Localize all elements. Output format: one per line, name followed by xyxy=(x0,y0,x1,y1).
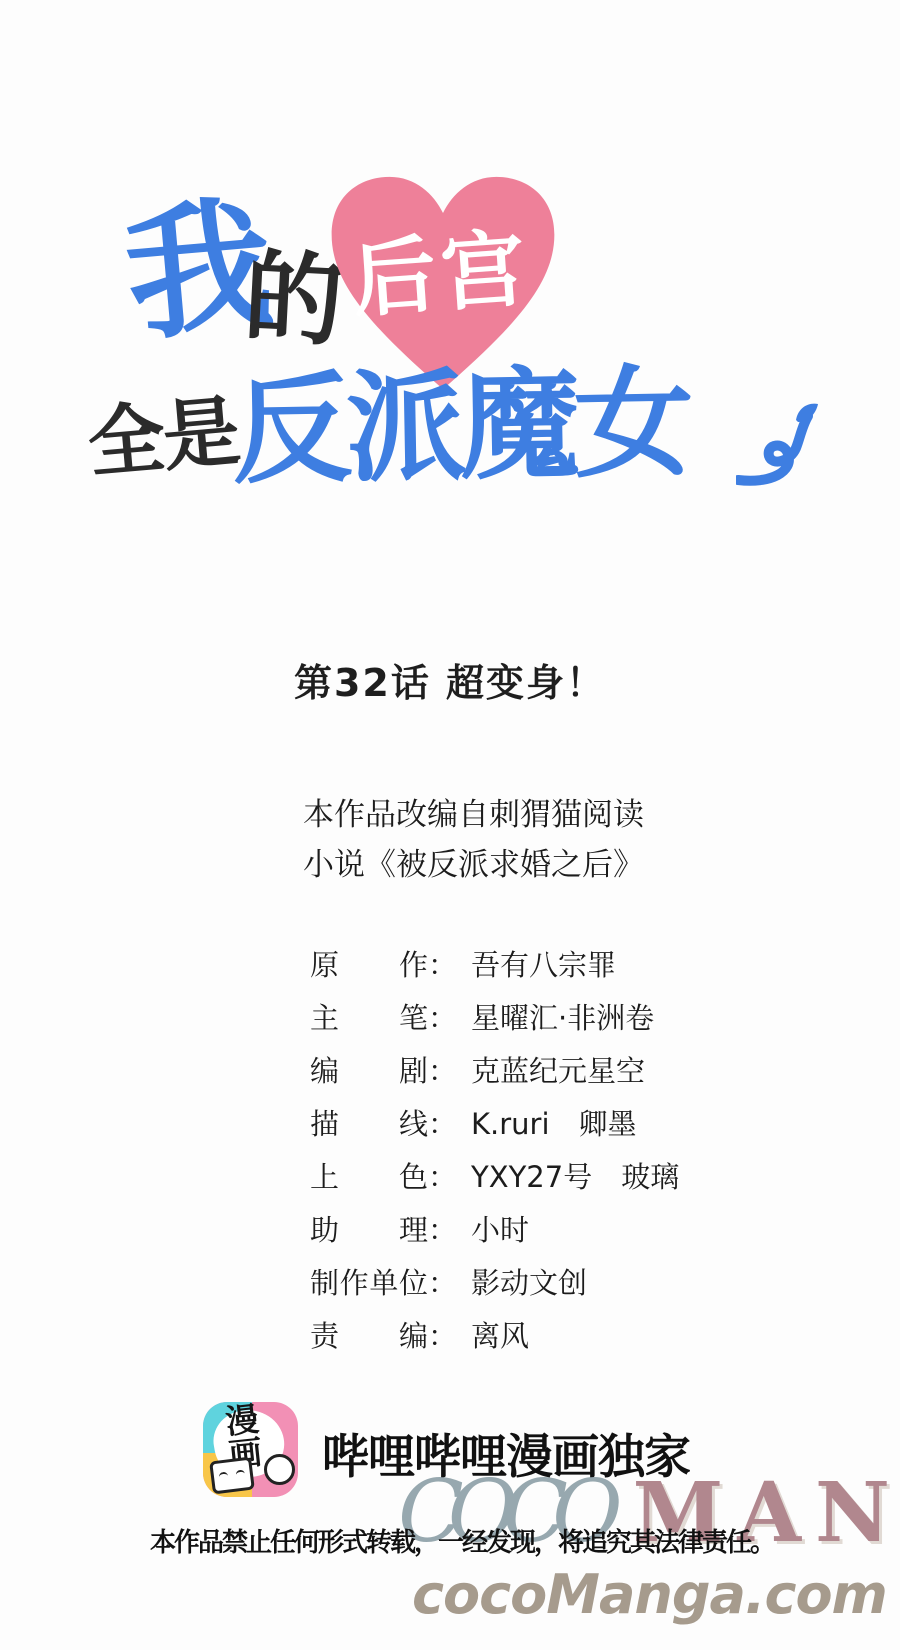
credit-row-lead-artist: 主笔：星曜汇·非洲卷 xyxy=(310,996,679,1049)
credit-colon: ： xyxy=(428,1155,457,1196)
credit-colon: ： xyxy=(428,1102,457,1143)
legal-notice: 本作品禁止任何形式转载，一经发现，将追究其法律责任。 xyxy=(150,1522,774,1559)
source-note-line2: 小说《被反派求婚之后》 xyxy=(303,840,644,890)
credit-value: 小时 xyxy=(471,1208,529,1249)
source-note-line1: 本作品改编自刺猬猫阅读 xyxy=(303,790,644,840)
credit-label: 助理 xyxy=(310,1208,428,1249)
series-title-logo: 我 的 后宫 全是 反派魔女 xyxy=(0,0,900,560)
credit-colon: ： xyxy=(428,1261,457,1302)
manga-title-page: 我 的 后宫 全是 反派魔女 第32话 超变身！ 本作品改编自刺猬猫阅读 小说《… xyxy=(0,0,900,1650)
credit-value: 离风 xyxy=(471,1314,529,1355)
credit-row-script: 编剧：克蓝纪元星空 xyxy=(310,1049,679,1102)
credit-value: YXY27号 玻璃 xyxy=(471,1155,679,1196)
credit-colon: ： xyxy=(428,1049,457,1090)
site-url-watermark: cocoManga.com xyxy=(412,1563,887,1626)
credit-value: 克蓝纪元星空 xyxy=(471,1049,645,1090)
title-word-hougong: 后宫 xyxy=(349,226,532,322)
credit-colon: ： xyxy=(428,1208,457,1249)
tv-face-icon xyxy=(209,1457,255,1495)
credit-value: 吾有八宗罪 xyxy=(471,943,616,984)
chapter-title: 第32话 超变身！ xyxy=(0,652,900,707)
credit-row-assistant: 助理：小时 xyxy=(310,1208,679,1261)
title-word-fanpai: 反派魔女 xyxy=(231,364,689,492)
hand-icon xyxy=(264,1454,295,1485)
credit-row-lineart: 描线：K.ruri 卿墨 xyxy=(310,1102,679,1155)
credit-label: 制作单位 xyxy=(310,1261,428,1302)
credit-value: 星曜汇·非洲卷 xyxy=(471,996,654,1037)
credit-label: 描线 xyxy=(310,1102,428,1143)
title-word-quanshi: 全是 xyxy=(85,394,241,484)
credit-colon: ： xyxy=(428,1314,457,1355)
credit-row-production: 制作单位：影动文创 xyxy=(310,1261,679,1314)
credit-row-coloring: 上色：YXY27号 玻璃 xyxy=(310,1155,679,1208)
credit-label: 上色 xyxy=(310,1155,428,1196)
devil-tail-icon xyxy=(736,392,824,488)
credit-label: 编剧 xyxy=(310,1049,428,1090)
credit-value: 影动文创 xyxy=(471,1261,587,1302)
credit-label: 原作 xyxy=(310,943,428,984)
credit-colon: ： xyxy=(428,943,457,984)
credit-row-original-work: 原作：吾有八宗罪 xyxy=(310,943,679,996)
bilibili-manga-logo: 漫画 xyxy=(203,1402,298,1497)
credits-list: 原作：吾有八宗罪 主笔：星曜汇·非洲卷 编剧：克蓝纪元星空 描线：K.ruri … xyxy=(310,943,679,1367)
credit-colon: ： xyxy=(428,996,457,1037)
source-note: 本作品改编自刺猬猫阅读 小说《被反派求婚之后》 xyxy=(303,790,644,890)
credit-label: 主笔 xyxy=(310,996,428,1037)
credit-value: K.ruri 卿墨 xyxy=(471,1102,637,1143)
credit-label: 责编 xyxy=(310,1314,428,1355)
credit-row-editor: 责编：离风 xyxy=(310,1314,679,1367)
